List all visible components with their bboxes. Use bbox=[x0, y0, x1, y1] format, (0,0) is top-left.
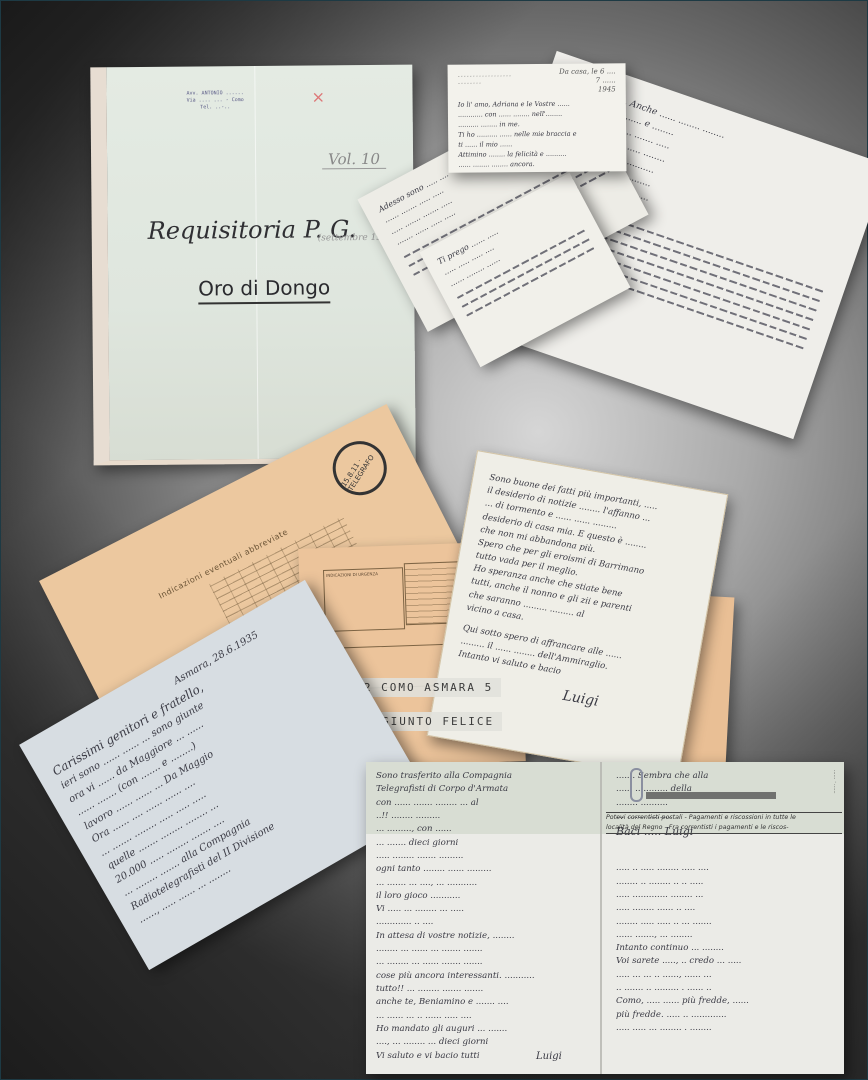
handwritten-note-top: .................. ........ Da casa, le … bbox=[448, 63, 627, 173]
letter-line: Ho mandato gli auguri ... ....... bbox=[376, 1023, 584, 1036]
letter-line: ogni tanto ........ ...... ......... bbox=[376, 863, 584, 876]
letter-fold bbox=[600, 762, 602, 1074]
binding-mark bbox=[98, 267, 100, 279]
letter-line: ... ...... ... .. ...... ..... .... bbox=[376, 1010, 584, 1023]
letter-line: ..... .. ..... ........ ..... .... bbox=[616, 862, 824, 875]
paperclip-icon bbox=[630, 768, 643, 802]
letter-line: con ...... ....... ........ ... al bbox=[376, 797, 584, 810]
redaction-bar bbox=[646, 792, 776, 799]
letter-line: anche te, Beniamino e ....... .... bbox=[376, 996, 584, 1009]
letter-line: ... ........ ... ...... ....... ....... bbox=[376, 956, 584, 969]
letter-line: ........ ..... ..... .. ... ....... bbox=[616, 916, 824, 929]
telegram-tape-strip: GIUNTO FELICE bbox=[374, 712, 502, 731]
letter-line: Vi ..... ... ........ ... ..... bbox=[376, 903, 584, 916]
letter-line: ... ........., con ...... bbox=[376, 823, 584, 836]
letter-line: ..... ........ ....... ......... bbox=[376, 850, 584, 863]
letter-line: ... ....... ... ...., ... ........... bbox=[376, 877, 584, 890]
date-line: Da casa, le 6 .... bbox=[559, 67, 616, 77]
letter-line: ... ....... dieci giorni bbox=[376, 837, 584, 850]
letter-line: .. ....... .. ......... . ...... .. bbox=[616, 982, 824, 995]
letter-line: ..... ..... ... ........ . ........ bbox=[616, 1022, 824, 1035]
printed-line: località del Regno - Fra correntisti i p… bbox=[606, 823, 842, 833]
letter-line: In attesa di vostre notizie, ........ bbox=[376, 930, 584, 943]
date-line: 1945 bbox=[559, 85, 616, 95]
letter-line: ..... ............. ........ ... bbox=[616, 889, 824, 902]
stamp-line: Tel. ..-.. bbox=[187, 104, 244, 111]
lawyer-stamp: Avv. ANTONIO ...... Via .... ... - Como … bbox=[186, 90, 243, 111]
postmark-stamp: 15.8.11 · TELEGRAFO bbox=[322, 431, 397, 506]
letter-line: tutto!! ... ........ ....... ....... bbox=[376, 983, 584, 996]
letter-line: ...... ......., ... ........ bbox=[616, 929, 824, 942]
printed-line: Potevi correntisti postali - Pagamenti e… bbox=[606, 813, 842, 823]
letter-line: più fredde. ..... .. ............. bbox=[616, 1009, 824, 1022]
date-line: 7 ...... bbox=[559, 76, 616, 86]
folder-crease bbox=[254, 66, 258, 459]
letter-line: Voi sarete ....., .. credo ... ..... bbox=[616, 955, 824, 968]
letter-line: Telegrafisti di Corpo d'Armata bbox=[376, 783, 584, 796]
letter-line: Intanto continuo ... ........ bbox=[616, 942, 824, 955]
side-code: ...... · ...... bbox=[830, 770, 838, 794]
letter-line: Sono trasferito alla Compagnia bbox=[376, 770, 584, 783]
letter-line: ..!! ........ ......... bbox=[376, 810, 584, 823]
letter-left-page: Sono trasferito alla Compagnia Telegrafi… bbox=[366, 762, 594, 1072]
binding-mark bbox=[97, 137, 99, 149]
letter-line: ....... Sembra che alla bbox=[616, 770, 824, 783]
red-x-mark: × bbox=[311, 87, 325, 106]
handwritten-letter-open: Sono trasferito alla Compagnia Telegrafi… bbox=[366, 762, 844, 1074]
letter-line: ..... ... ... .. ......, ...... ... bbox=[616, 969, 824, 982]
letter-line: ............. .. .... bbox=[376, 916, 584, 929]
letter-line: ...., ... ........ ... dieci giorni bbox=[376, 1036, 584, 1049]
letter-line: ........ ... ...... ... ....... ....... bbox=[376, 943, 584, 956]
letter-line: Como, ..... ...... più fredde, ...... bbox=[616, 995, 824, 1008]
letter-line: cose più ancora interessanti. ..........… bbox=[376, 970, 584, 983]
volume-label: Vol. 10 bbox=[322, 150, 386, 170]
binding-mark bbox=[99, 397, 101, 409]
note-line: ...... ........ ........ ancora. bbox=[458, 159, 616, 170]
note-date: Da casa, le 6 .... 7 ...... 1945 bbox=[559, 67, 616, 95]
dossier-folder: Avv. ANTONIO ...... Via .... ... - Como … bbox=[90, 65, 415, 466]
letter-line: il loro gioco ........... bbox=[376, 890, 584, 903]
postal-printed-strip: Potevi correntisti postali - Pagamenti e… bbox=[606, 812, 842, 834]
letter-right-page: ....... Sembra che alla ...... .........… bbox=[606, 762, 834, 1043]
urgency-box: INDICAZIONI DI URGENZA bbox=[323, 567, 405, 632]
letter-line: ........ .. ........ .. .. ..... bbox=[616, 876, 824, 889]
folder-subtitle: Oro di Dongo bbox=[198, 275, 330, 304]
letter-line: ..... ........ ...... .. .... bbox=[616, 902, 824, 915]
